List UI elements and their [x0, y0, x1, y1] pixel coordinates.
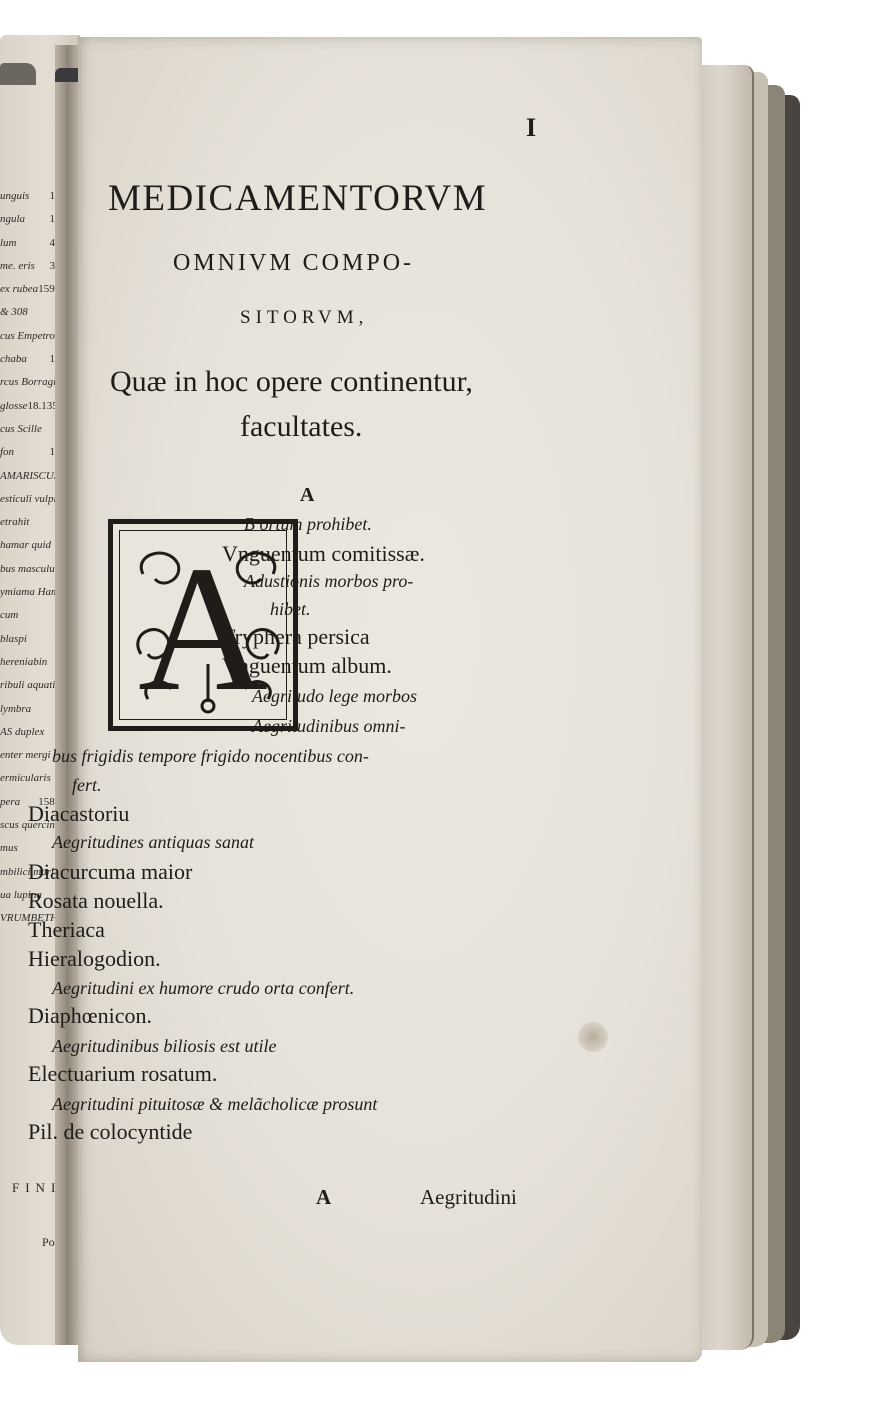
left-index-term: lum: [0, 232, 17, 255]
remedy-name: Diacurcuma maior: [28, 859, 192, 885]
remedy-description: Aegritudini ex humore crudo orta confert…: [52, 978, 354, 999]
left-index-term: etrahit: [0, 511, 29, 534]
remedy-name: Diacastoriu: [28, 801, 129, 827]
left-index-term: AS duplex: [0, 721, 44, 744]
left-index-term: & 308: [0, 301, 28, 324]
remedy-name: Electuarium rosatum.: [28, 1061, 217, 1087]
left-index-term: ngula: [0, 208, 25, 231]
catchword: Aegritudini: [420, 1185, 517, 1210]
left-index-term: enter mergi: [0, 744, 51, 767]
left-index-term: esticuli vulpis: [0, 488, 61, 511]
remedy-description: B ortum prohibet.: [244, 514, 372, 535]
left-index-term: ex rubea: [0, 278, 38, 301]
remedy-description: Aegritudo lege morbos: [252, 686, 417, 707]
remedy-name: Pil. de colocyntide: [28, 1119, 192, 1145]
left-index-term: blaspi: [0, 628, 27, 651]
left-index-term: chaba: [0, 348, 27, 371]
remedy-description: Aegritudinibus biliosis est utile: [52, 1036, 277, 1057]
signature-mark: A: [316, 1185, 331, 1210]
remedy-description: bus frigidis tempore frigido nocentibus …: [52, 746, 369, 767]
foxing-stain: [578, 1022, 608, 1052]
page-folio-number: I: [526, 113, 536, 143]
recto-page: I MEDICAMENTORVM OMNIVM COMPO- SITORVM, …: [78, 37, 702, 1362]
left-index-term: me. eris: [0, 255, 35, 278]
left-index-term: AMARISCUS: [0, 465, 59, 488]
left-index-term: ermicularis: [0, 767, 51, 790]
left-index-term: cum: [0, 604, 18, 627]
section-heading-letter: A: [300, 484, 314, 507]
left-index-term: cus Scille: [0, 418, 42, 441]
left-cover-corner: [0, 63, 36, 85]
left-index-term: unguis: [0, 185, 29, 208]
title-line-2: OMNIVM COMPO-: [173, 250, 414, 277]
left-index-term: lymbra: [0, 698, 31, 721]
remedy-description: Aegritudini pituitosæ & melãcholicæ pros…: [52, 1094, 377, 1115]
left-index-term: ribuli aquatici: [0, 674, 63, 697]
left-index-term: pera: [0, 791, 20, 814]
remedy-description: Adustionis morbos pro-: [244, 571, 413, 592]
subtitle-line-1: Quæ in hoc opere continentur,: [110, 365, 473, 399]
remedy-name: Hieralogodion.: [28, 946, 161, 972]
remedy-description: Aegritudines antiquas sanat: [52, 832, 254, 853]
left-index-term: fon: [0, 441, 14, 464]
title-line-1: MEDICAMENTORVM: [108, 177, 487, 220]
remedy-name: Vnguentum comitissæ.: [222, 541, 425, 567]
left-index-term: hamar quid: [0, 534, 51, 557]
left-index-term: hereniabin: [0, 651, 47, 674]
left-index-term: glosse: [0, 395, 28, 418]
title-line-3: SITORVM,: [240, 307, 368, 329]
remedy-description: hibet.: [270, 599, 311, 620]
remedy-name: Tryphera persica: [222, 624, 370, 650]
remedy-name: Diaphœnicon.: [28, 1003, 152, 1029]
remedy-name: Theriaca: [28, 917, 105, 943]
left-index-term: bus masculum: [0, 558, 63, 581]
remedy-name: Rosata nouella.: [28, 888, 164, 914]
subtitle-line-2: facultates.: [240, 410, 362, 444]
remedy-description: Aegritudinibus omni-: [252, 716, 406, 737]
left-index-term: mus: [0, 837, 18, 860]
remedy-name: Vnguentum album.: [222, 653, 392, 679]
remedy-description: fert.: [72, 775, 102, 796]
